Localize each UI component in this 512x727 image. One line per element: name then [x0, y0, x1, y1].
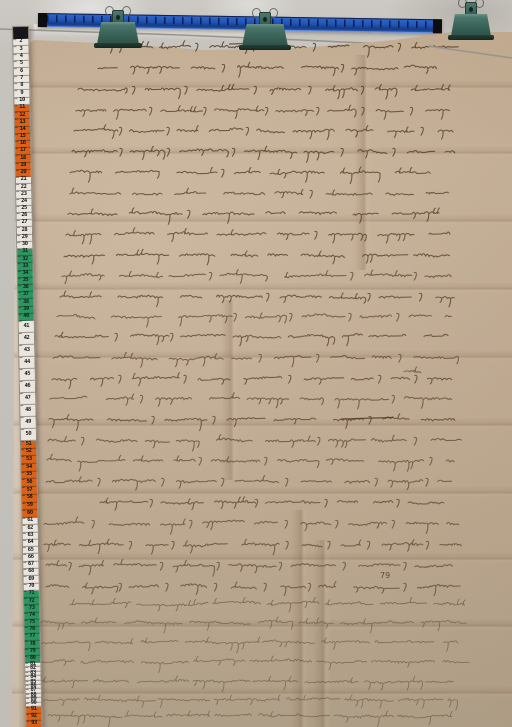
tape-tick — [14, 98, 17, 99]
clip-lever-hole — [469, 7, 473, 12]
tape-tick — [14, 61, 17, 62]
clip-jaw-edge — [94, 43, 142, 48]
tape-tick — [19, 357, 22, 358]
tape-tick — [18, 263, 21, 264]
tape-tick — [25, 663, 28, 664]
tape-centimeter-cell: 50 — [21, 429, 36, 441]
tape-tick — [22, 479, 25, 480]
tape-tick — [19, 333, 22, 334]
ruler-end-cap-left — [38, 13, 47, 27]
tape-tick — [24, 605, 27, 606]
paper-fold-crease-vertical — [221, 300, 239, 480]
tape-color-block: 2345678910 — [13, 39, 29, 105]
tape-tick — [14, 90, 17, 91]
tape-tick — [23, 525, 26, 526]
tape-tick — [25, 627, 28, 628]
tape-color-block: 81828384858687888990 — [25, 663, 41, 707]
tape-color-block: 31323334353637383940 — [17, 249, 33, 321]
tape-tick — [17, 242, 20, 243]
paper-fold-crease-horizontal — [0, 350, 512, 362]
tape-color-block: 21222324252627282930 — [16, 177, 32, 249]
tape-tick — [24, 598, 27, 599]
tape-centimeter-cell: 46 — [20, 381, 35, 393]
tape-tick — [22, 487, 25, 488]
tape-color-block: 919293 — [26, 707, 41, 727]
tape-color-block: 71727374757677787980 — [24, 591, 40, 663]
tape-tick — [25, 672, 28, 673]
clip-body — [242, 24, 288, 46]
tape-tick — [18, 285, 21, 286]
tape-tick — [23, 540, 26, 541]
tape-tick — [16, 184, 19, 185]
tape-tick — [15, 155, 18, 156]
tape-zero-tip — [13, 27, 28, 39]
tape-tick — [26, 685, 29, 686]
tape-centimeter-cell: 93 — [26, 721, 41, 727]
tape-tick — [24, 591, 27, 592]
tape-tick — [16, 206, 19, 207]
tape-tick — [20, 369, 23, 370]
tape-tick — [15, 127, 18, 128]
tape-tick — [17, 213, 20, 214]
paper-fold-crease-horizontal — [0, 486, 512, 498]
tape-centimeter-cell: 44 — [19, 357, 34, 369]
tape-centimeter-cell: 43 — [19, 345, 34, 357]
tape-color-block: 51525354555657585960 — [21, 441, 37, 518]
tape-tick — [22, 472, 25, 473]
tape-tick — [19, 321, 22, 322]
tape-tick — [20, 381, 23, 382]
paper-fold-crease-vertical — [354, 55, 372, 270]
tape-tick — [17, 227, 20, 228]
tape-tick — [23, 533, 26, 534]
tape-tick — [20, 393, 23, 394]
tape-tick — [21, 417, 24, 418]
tape-color-block: 11121314151617181920 — [15, 105, 31, 177]
tape-tick — [21, 464, 24, 465]
paper-fold-crease-horizontal — [0, 80, 512, 92]
tape-tick — [15, 148, 18, 149]
tape-tick — [25, 634, 28, 635]
tape-tick — [19, 345, 22, 346]
tape-tick — [26, 707, 29, 708]
binder-clip-3 — [451, 0, 491, 42]
tape-tick — [18, 307, 21, 308]
tape-tick — [15, 134, 18, 135]
tape-tick — [14, 68, 17, 69]
tape-tick — [16, 170, 19, 171]
clip-body — [97, 22, 139, 44]
tape-tick — [24, 613, 27, 614]
tape-tick — [23, 569, 26, 570]
binder-clip-1 — [97, 8, 139, 50]
tape-tick — [24, 584, 27, 585]
paper-fold-crease-vertical — [313, 540, 331, 727]
tape-tick — [19, 314, 22, 315]
paper-fold-crease-horizontal — [0, 418, 512, 430]
tape-tick — [26, 689, 29, 690]
tape-tick — [16, 199, 19, 200]
tape-tick — [16, 177, 19, 178]
tape-tick — [26, 681, 29, 682]
tape-tick — [26, 721, 29, 722]
tape-tick — [22, 502, 25, 503]
tape-tick — [16, 191, 19, 192]
tape-tick — [25, 667, 28, 668]
tape-tick — [14, 83, 17, 84]
paper-fold-crease-vertical — [291, 510, 309, 727]
tape-tick — [23, 547, 26, 548]
clip-body — [451, 14, 491, 36]
paper-fold-crease-horizontal — [0, 619, 512, 631]
tape-centimeter-cell: 47 — [20, 393, 35, 405]
tape-tick — [21, 449, 24, 450]
tape-tick — [22, 495, 25, 496]
manuscript-photograph: 79 2345678910111213141516171819202122232… — [0, 0, 512, 727]
tape-tick — [14, 54, 17, 55]
tape-tick — [26, 714, 29, 715]
tape-tick — [13, 39, 16, 40]
tape-tick — [25, 676, 28, 677]
tape-tick — [17, 256, 20, 257]
tape-tick — [18, 299, 21, 300]
tape-tick — [15, 141, 18, 142]
tape-tick — [13, 46, 16, 47]
tape-tick — [15, 119, 18, 120]
tape-tick — [23, 562, 26, 563]
tape-tick — [15, 105, 18, 106]
tape-tick — [21, 441, 24, 442]
tape-tick — [17, 220, 20, 221]
tape-tick — [26, 702, 29, 703]
tape-tick — [24, 576, 27, 577]
ruler-end-cap-right — [433, 19, 442, 33]
tape-centimeter-cell: 49 — [21, 417, 36, 429]
tape-tick — [21, 429, 24, 430]
tape-tick — [26, 694, 29, 695]
tape-tick — [21, 456, 24, 457]
tape-centimeter-cell: 41 — [19, 321, 34, 333]
paper-fold-crease-horizontal — [0, 146, 512, 158]
tape-tick — [15, 112, 18, 113]
clip-jaw-edge — [448, 35, 494, 40]
tape-centimeter-cell: 45 — [20, 369, 35, 381]
tape-tick — [26, 698, 29, 699]
tape-tick — [23, 554, 26, 555]
tape-color-block: 41424344454647484950 — [19, 321, 36, 441]
manuscript-paper — [0, 0, 512, 727]
tape-tick — [24, 620, 27, 621]
binder-clip-2 — [242, 10, 288, 52]
tape-tick — [25, 648, 28, 649]
tape-tick — [25, 656, 28, 657]
tape-tick — [25, 641, 28, 642]
paper-fold-crease-horizontal — [0, 552, 512, 564]
tape-tick — [18, 278, 21, 279]
tape-tick — [17, 249, 20, 250]
paper-fold-crease-horizontal — [0, 214, 512, 226]
tape-tick — [16, 163, 19, 164]
tape-tick — [18, 292, 21, 293]
paper-fold-crease-horizontal — [0, 282, 512, 294]
paper-fold-crease-horizontal — [0, 686, 512, 698]
tape-tick — [22, 518, 25, 519]
clip-jaw-edge — [239, 45, 291, 50]
tape-centimeter-cell: 48 — [20, 405, 35, 417]
tape-color-block: 61626364656667686970 — [22, 518, 38, 591]
tape-tick — [18, 271, 21, 272]
tape-tick — [22, 510, 25, 511]
tape-tick — [17, 235, 20, 236]
tape-tick — [20, 405, 23, 406]
tape-centimeter-cell: 42 — [19, 333, 34, 345]
clip-lever-hole — [263, 17, 267, 22]
clip-lever-hole — [116, 15, 120, 20]
tape-tick — [14, 76, 17, 77]
